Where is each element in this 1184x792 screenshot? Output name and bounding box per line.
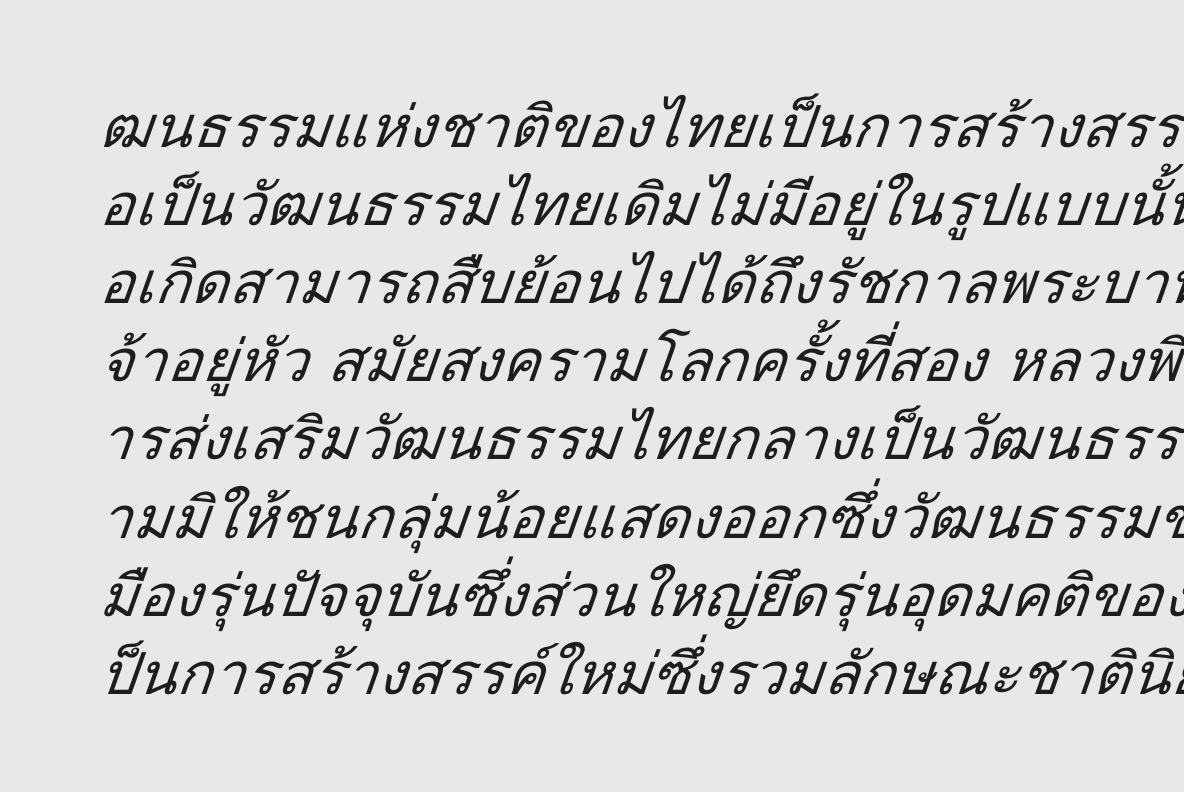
text-line: มืองรุ่นปัจจุบันซึ่งส่วนใหญ่ยึดรุ่นอุดมค… [96, 557, 1184, 635]
text-line: อเกิดสามารถสืบย้อนไปได้ถึงรัชกาลพระบาทสม… [96, 244, 1184, 322]
specimen-canvas: ฒนธรรมแห่งชาติของไทยเป็นการสร้างสรรค์ใหม… [0, 0, 1184, 792]
text-line: อเป็นวัฒนธรรมไทยเดิมไม่มีอยู่ในรูปแบบนั้… [96, 166, 1184, 244]
text-line: ารส่งเสริมวัฒนธรรมไทยกลางเป็นวัฒนธรรมแห่… [96, 400, 1184, 478]
text-line: จ้าอยู่หัว สมัยสงครามโลกครั้งที่สอง หลวง… [96, 322, 1184, 400]
text-line: ป็นการสร้างสรรค์ใหม่ซึ่งรวมลักษณะชาตินิย… [96, 635, 1184, 713]
text-line: ามมิให้ชนกลุ่มน้อยแสดงออกซึ่งวัฒนธรรมของ… [96, 479, 1184, 557]
text-line: ฒนธรรมแห่งชาติของไทยเป็นการสร้างสรรค์ใหม… [96, 88, 1184, 166]
